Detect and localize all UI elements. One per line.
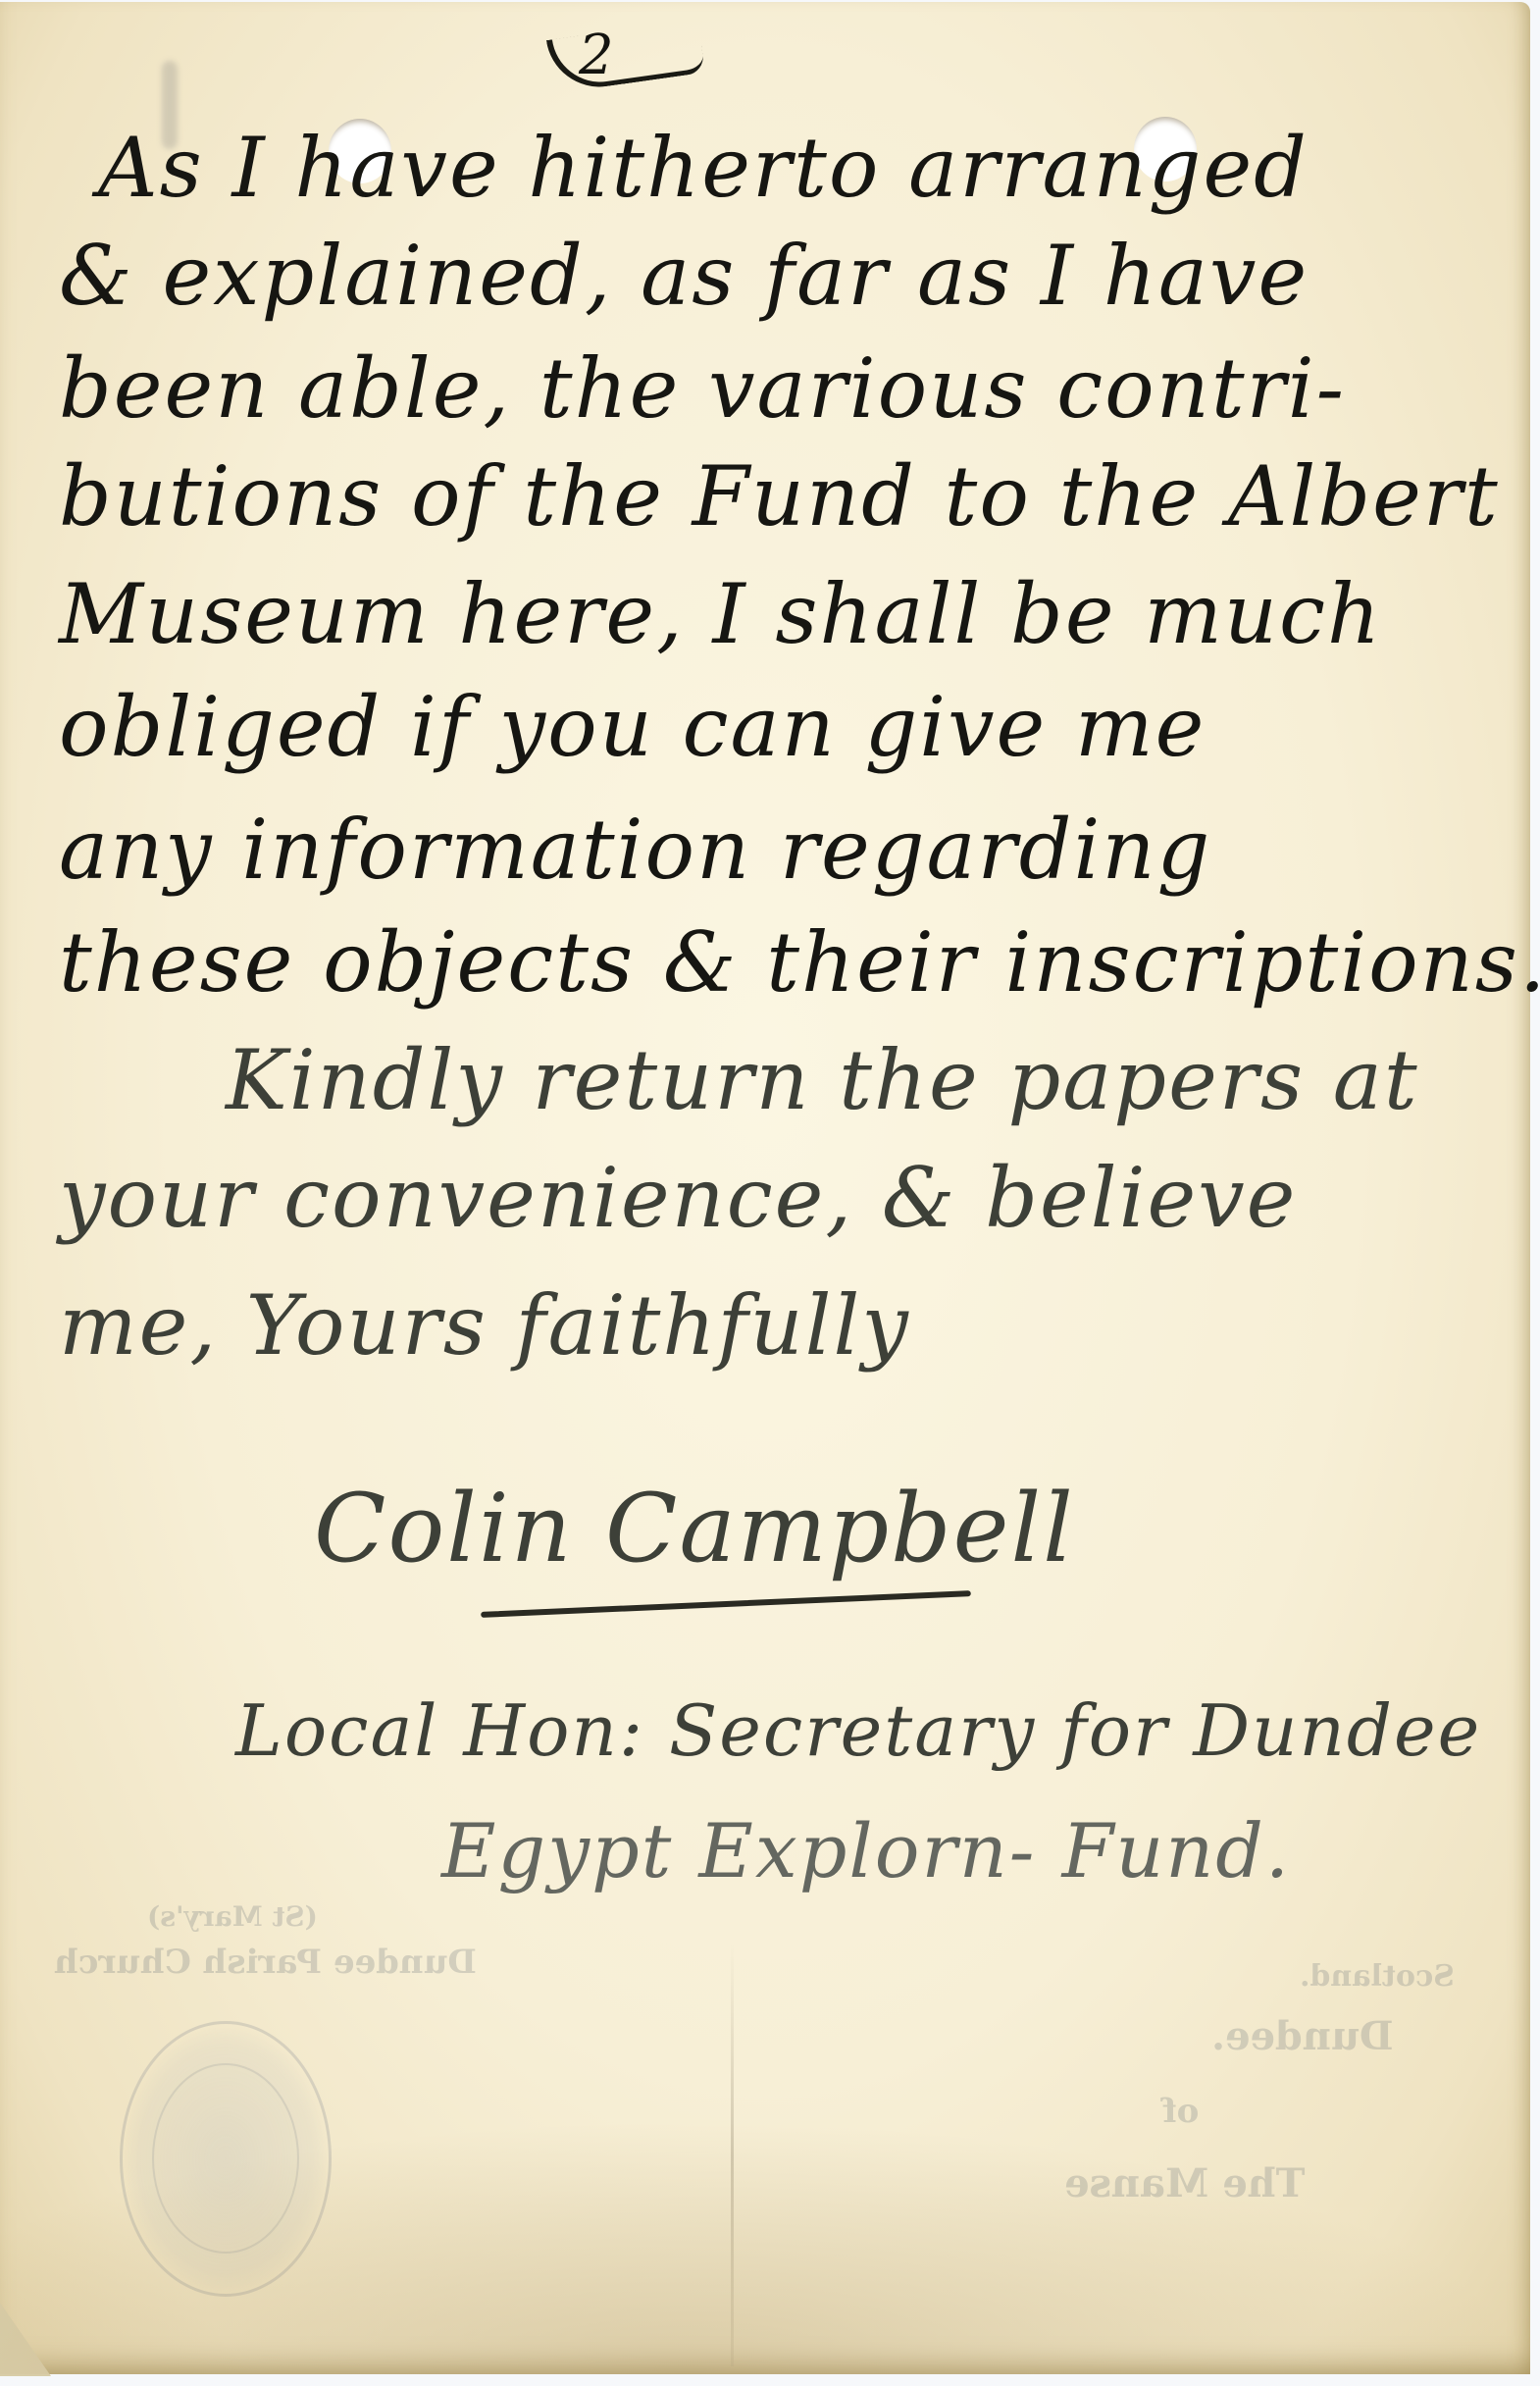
signature-underline (481, 1590, 971, 1618)
signature: Colin Campbell (314, 1474, 1075, 1583)
letterhead-left-2: Dundee Parish Church (54, 1943, 477, 1982)
body-line-5: Museum here, I shall be much (59, 566, 1382, 662)
closing-line-3: me, Yours faithfully (59, 1277, 910, 1374)
body-line-8: these objects & their inscriptions. (59, 914, 1540, 1011)
seal-emblem-show-through (120, 2021, 332, 2297)
letterhead-right-3: of (1162, 2092, 1199, 2131)
letterhead-right-1: Scotland. (1300, 1959, 1455, 1994)
letter-page: 2 As I have hitherto arranged & explaine… (0, 2, 1530, 2374)
seal-inner-ring (152, 2063, 299, 2254)
letterhead-left-1: (St Mary's) (147, 1900, 318, 1933)
title-line-1: Local Hon: Secretary for Dundee (235, 1689, 1481, 1772)
page-number-circle (546, 19, 705, 93)
body-line-2: & explained, as far as I have (59, 228, 1309, 324)
closing-line-1: Kindly return the papers at (226, 1032, 1419, 1128)
body-line-3: been able, the various contri- (59, 340, 1346, 437)
folded-corner (0, 2303, 51, 2376)
body-line-4: butions of the Fund to the Albert (59, 448, 1500, 545)
body-line-1: As I have hitherto arranged (98, 120, 1309, 216)
page-number: 2 (579, 24, 614, 87)
letterhead-right-4: The Manse (1064, 2160, 1305, 2206)
closing-line-2: your convenience, & believe (59, 1150, 1297, 1246)
letterhead-right-2: Dundee. (1211, 2013, 1394, 2059)
body-line-7: any information regarding (59, 802, 1211, 898)
paper-crease (731, 1945, 734, 2366)
title-line-2: Egypt Explorn- Fund. (441, 1807, 1291, 1894)
body-line-6: obliged if you can give me (59, 679, 1206, 775)
